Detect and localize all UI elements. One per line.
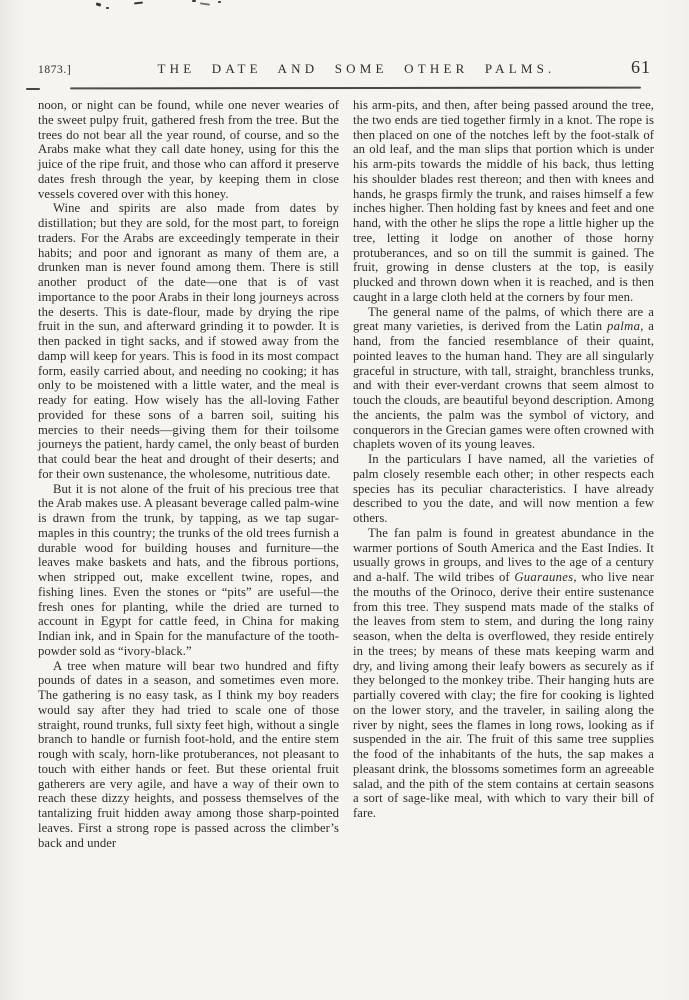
page-header: 1873.] THE DATE AND SOME OTHER PALMS. 61 [38, 57, 651, 78]
scan-speck [200, 2, 210, 5]
paragraph: A tree when mature will bear two hundred… [38, 659, 339, 851]
paragraph: In the particulars I have named, all the… [353, 452, 654, 526]
paragraph: The fan palm is found in greatest abunda… [353, 526, 654, 821]
paragraph: Wine and spirits are also made from date… [38, 201, 339, 481]
scan-speck [106, 7, 109, 9]
document-page: 1873.] THE DATE AND SOME OTHER PALMS. 61… [0, 0, 689, 1000]
header-rule [70, 87, 641, 90]
page-title: THE DATE AND SOME OTHER PALMS. [110, 61, 603, 77]
scan-speck [192, 0, 196, 2]
text-columns: noon, or night can be found, while one n… [38, 98, 654, 850]
scan-speck [134, 2, 143, 5]
page-number: 61 [603, 57, 651, 78]
left-column: noon, or night can be found, while one n… [38, 98, 339, 850]
header-year: 1873.] [38, 64, 110, 76]
scan-speck [96, 2, 102, 6]
paragraph: noon, or night can be found, while one n… [38, 98, 339, 201]
right-column: his arm-pits, and then, after being pass… [353, 98, 654, 850]
scan-speck [218, 1, 221, 3]
paragraph: But it is not alone of the fruit of his … [38, 482, 339, 659]
paragraph: his arm-pits, and then, after being pass… [353, 98, 654, 305]
header-rule-dash [26, 88, 40, 90]
paragraph: The general name of the palms, of which … [353, 305, 654, 453]
